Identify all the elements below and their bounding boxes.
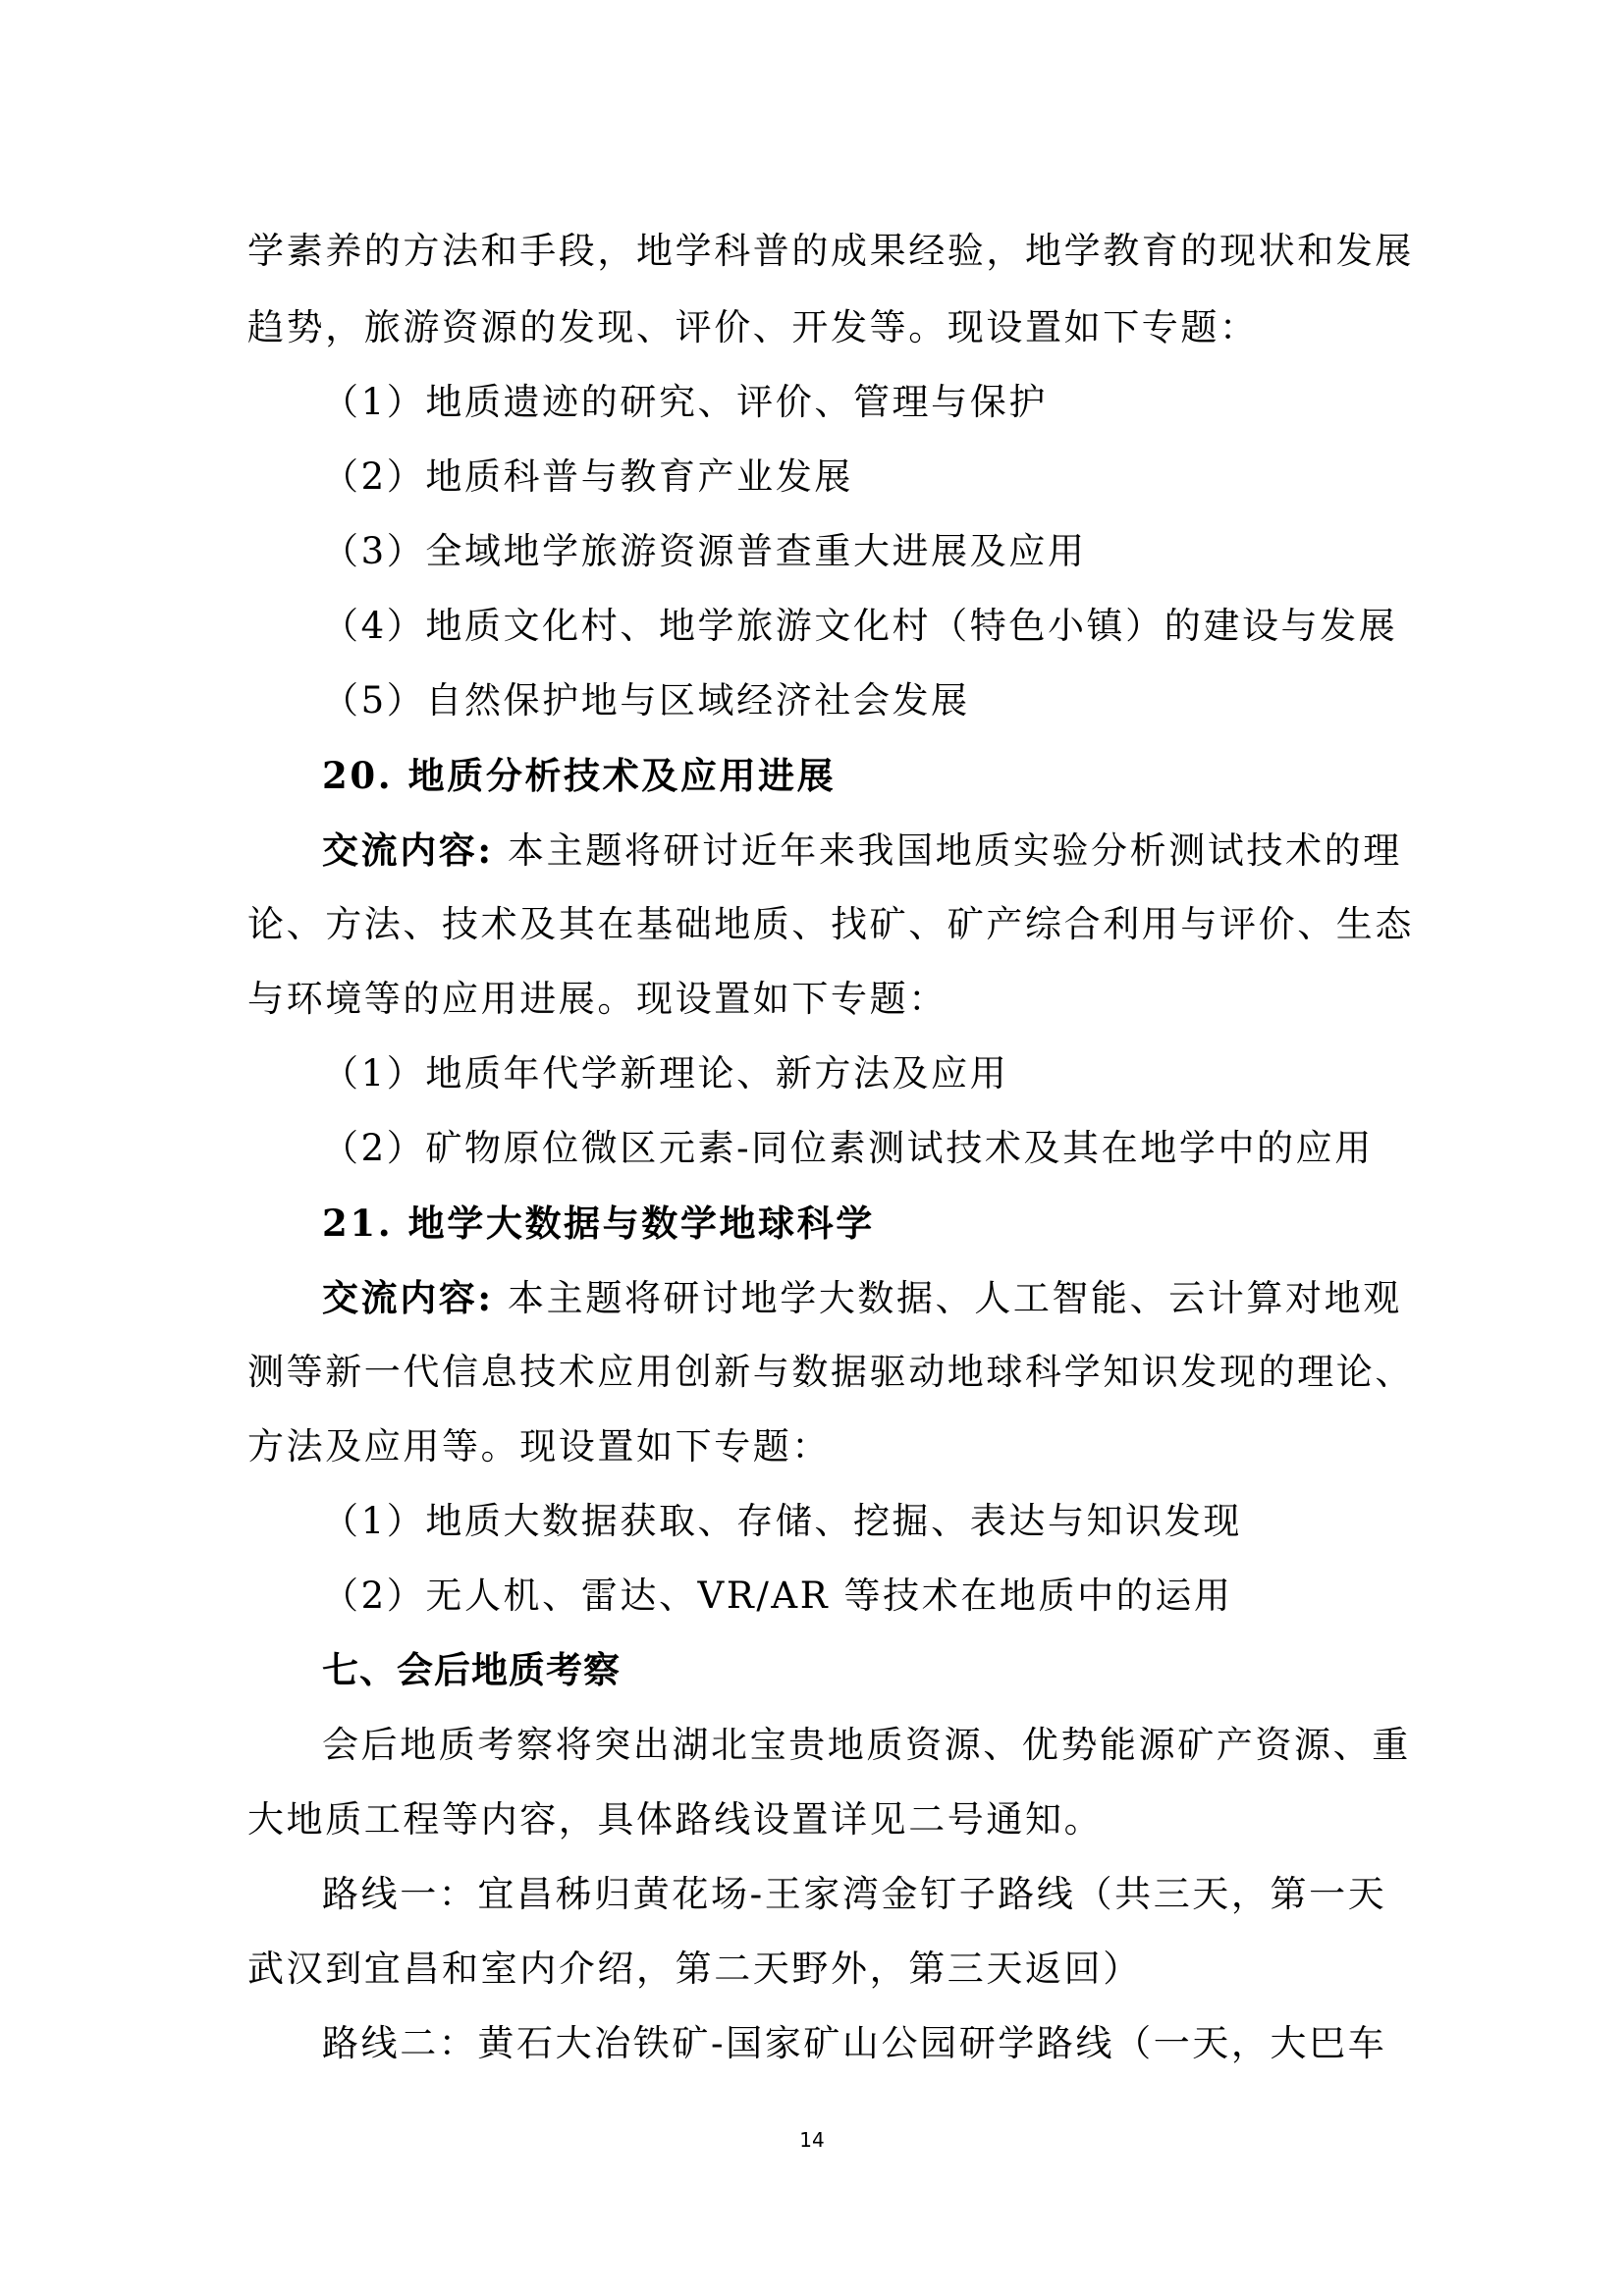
topic19-subtopic-5: （5）自然保护地与区域经济社会发展	[322, 677, 970, 724]
route1-line-2: 武汉到宜昌和室内介绍，第二天野外，第三天返回）	[247, 1946, 1142, 1993]
topic21-content-line-3: 方法及应用等。现设置如下专题：	[247, 1423, 831, 1470]
route2-line-1: 路线二：黄石大冶铁矿-国家矿山公园研学路线（一天，大巴车	[322, 2020, 1386, 2067]
topic19-subtopic-2: （2）地质科普与教育产业发展	[322, 454, 853, 501]
topic21-content-line-1: 交流内容: 本主题将研讨地学大数据、人工智能、云计算对地观	[322, 1274, 1402, 1321]
topic20-title: 20. 地质分析技术及应用进展	[322, 752, 836, 799]
topic21-subtopic-2: （2）无人机、雷达、VR/AR 等技术在地质中的运用	[322, 1573, 1233, 1620]
topic19-subtopic-3: （3）全域地学旅游资源普查重大进展及应用	[322, 528, 1087, 575]
topic20-subtopic-2: （2）矿物原位微区元素-同位素测试技术及其在地学中的应用	[322, 1125, 1374, 1172]
topic21-content-text: 本主题将研讨地学大数据、人工智能、云计算对地观	[494, 1277, 1402, 1319]
page-number: 14	[0, 2128, 1624, 2152]
topic20-content-line-2: 论、方法、技术及其在基础地质、找矿、矿产综合利用与评价、生态	[247, 901, 1414, 948]
intro-line-2: 趋势，旅游资源的发现、评价、开发等。现设置如下专题：	[247, 304, 1259, 351]
topic21-subtopic-1: （1）地质大数据获取、存储、挖掘、表达与知识发现	[322, 1498, 1242, 1545]
route1-line-1: 路线一：宜昌秭归黄花场-王家湾金钉子路线（共三天，第一天	[322, 1871, 1386, 1918]
section7-paragraph-line-1: 会后地质考察将突出湖北宝贵地质资源、优势能源矿产资源、重	[322, 1722, 1411, 1769]
topic20-content-line-1: 交流内容: 本主题将研讨近年来我国地质实验分析测试技术的理	[322, 827, 1402, 874]
topic19-subtopic-1: （1）地质遗迹的研究、评价、管理与保护	[322, 379, 1048, 426]
topic21-content-line-2: 测等新一代信息技术应用创新与数据驱动地球科学知识发现的理论、	[247, 1349, 1414, 1396]
topic20-content-line-3: 与环境等的应用进展。现设置如下专题：	[247, 976, 947, 1023]
topic20-content-text: 本主题将研讨近年来我国地质实验分析测试技术的理	[494, 829, 1402, 872]
intro-line-1: 学素养的方法和手段，地学科普的成果经验，地学教育的现状和发展	[247, 228, 1414, 275]
topic20-content-label: 交流内容:	[322, 828, 494, 872]
section7-paragraph-line-2: 大地质工程等内容，具体路线设置详见二号通知。	[247, 1796, 1103, 1843]
topic21-title: 21. 地学大数据与数学地球科学	[322, 1200, 875, 1247]
topic19-subtopic-4: （4）地质文化村、地学旅游文化村（特色小镇）的建设与发展	[322, 603, 1397, 650]
topic20-subtopic-1: （1）地质年代学新理论、新方法及应用	[322, 1050, 1008, 1097]
topic21-content-label: 交流内容:	[322, 1276, 494, 1319]
section7-title: 七、会后地质考察	[322, 1647, 621, 1694]
